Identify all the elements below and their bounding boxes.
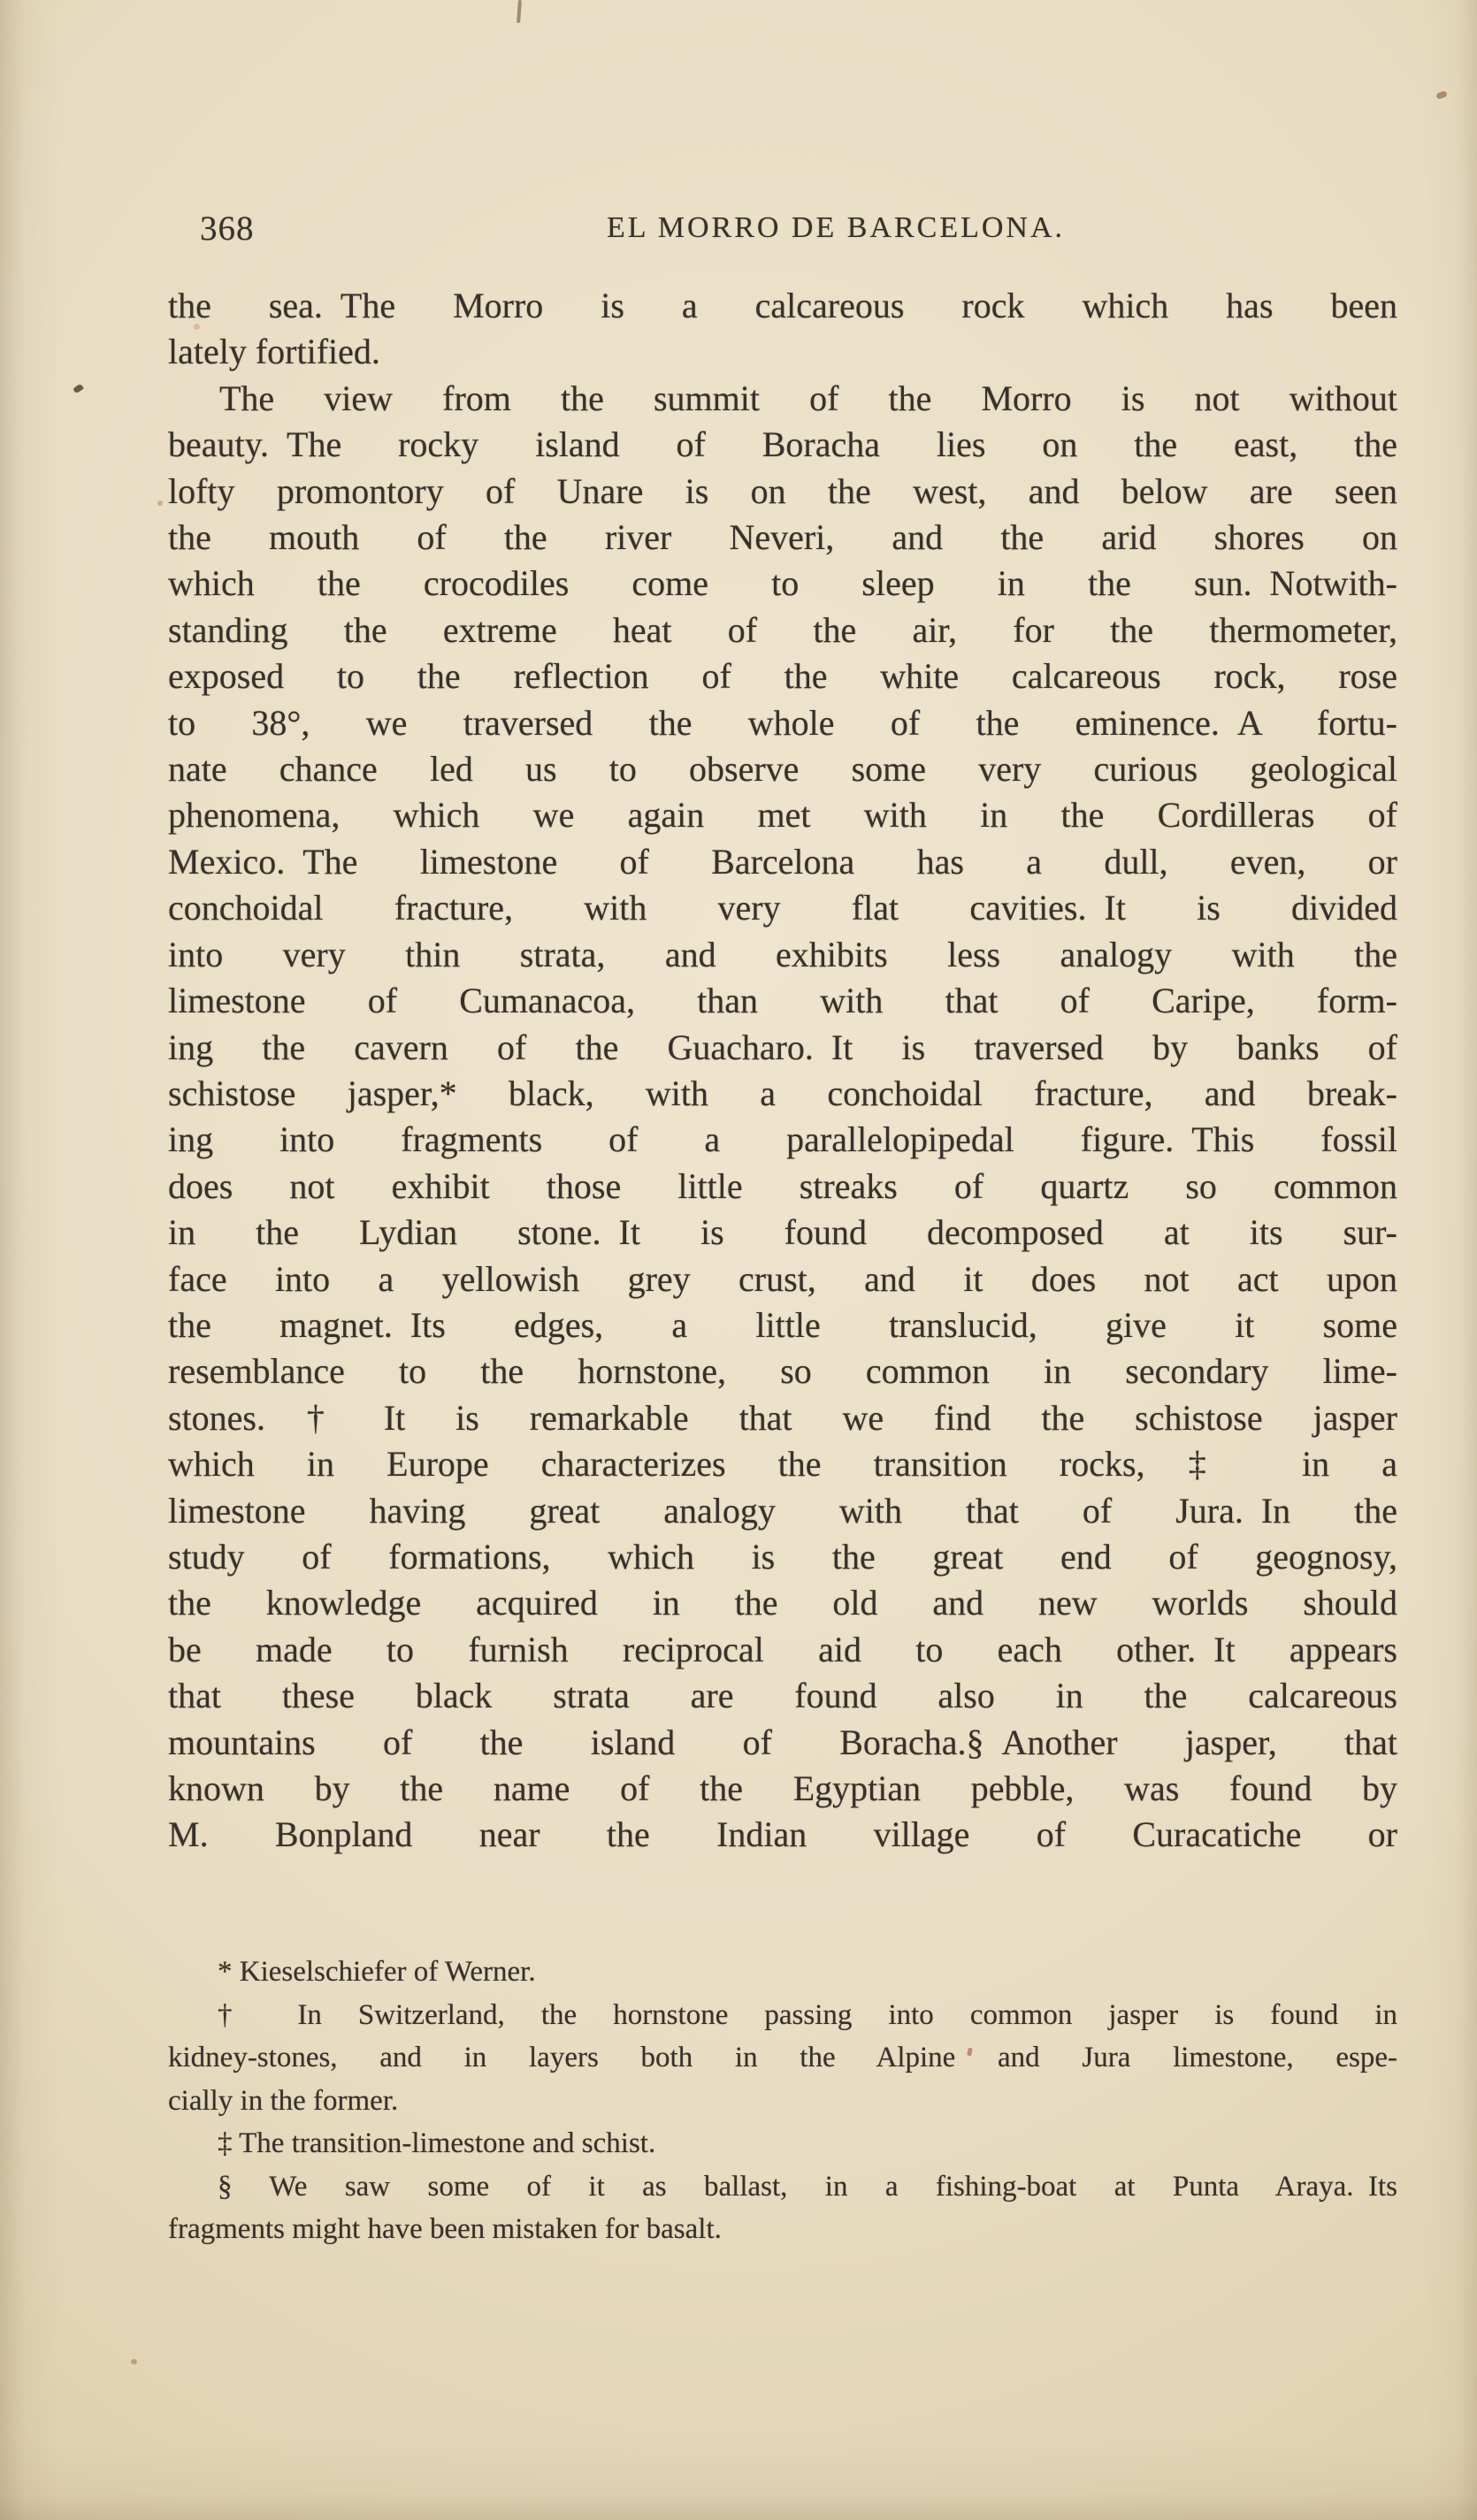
body-line: mountains of the island of Boracha.§ Ano… <box>168 1720 1397 1766</box>
body-line: into very thin strata, and exhibits less… <box>168 932 1397 978</box>
body-text: the sea. The Morro is a calcareous rock … <box>168 283 1397 1859</box>
body-line: the mouth of the river Neveri, and the a… <box>168 515 1397 561</box>
footnotes: * Kieselschiefer of Werner.† In Switzerl… <box>168 1951 1397 2251</box>
body-line: beauty. The rocky island of Boracha lies… <box>168 422 1397 468</box>
footnote-line: § We saw some of it as ballast, in a fis… <box>168 2165 1397 2209</box>
body-line: limestone having great analogy with that… <box>168 1488 1397 1534</box>
book-page: 368 EL MORRO DE BARCELONA. the sea. The … <box>0 0 1477 2520</box>
body-line: that these black strata are found also i… <box>168 1673 1397 1719</box>
body-line: exposed to the reflection of the white c… <box>168 653 1397 699</box>
body-line: known by the name of the Egyptian pebble… <box>168 1766 1397 1812</box>
body-line: study of formations, which is the great … <box>168 1534 1397 1580</box>
paper-speck <box>131 2359 137 2364</box>
body-line: the sea. The Morro is a calcareous rock … <box>168 283 1397 329</box>
footnote-line: fragments might have been mistaken for b… <box>168 2208 1397 2251</box>
body-line: limestone of Cumanacoa, than with that o… <box>168 978 1397 1024</box>
footnote-line: cially in the former. <box>168 2080 1397 2123</box>
body-line: schistose jasper,* black, with a conchoi… <box>168 1071 1397 1117</box>
paper-speck <box>517 0 522 23</box>
body-line: ing the cavern of the Guacharo. It is tr… <box>168 1025 1397 1071</box>
footnote-line: * Kieselschiefer of Werner. <box>168 1951 1397 1994</box>
body-line: which in Europe characterizes the transi… <box>168 1441 1397 1487</box>
body-line: conchoidal fracture, with very flat cavi… <box>168 885 1397 931</box>
body-line: lofty promontory of Unare is on the west… <box>168 469 1397 515</box>
body-line: Mexico. The limestone of Barcelona has a… <box>168 839 1397 885</box>
body-line: in the Lydian stone. It is found decompo… <box>168 1210 1397 1256</box>
body-line: face into a yellowish grey crust, and it… <box>168 1256 1397 1302</box>
body-line: does not exhibit those little streaks of… <box>168 1164 1397 1210</box>
body-line: stones.† It is remarkable that we find t… <box>168 1395 1397 1441</box>
body-line: resemblance to the hornstone, so common … <box>168 1348 1397 1394</box>
paper-speck <box>1435 90 1448 100</box>
body-line: which the crocodiles come to sleep in th… <box>168 561 1397 607</box>
body-line: phenomena, which we again met with in th… <box>168 792 1397 838</box>
body-line: the knowledge acquired in the old and ne… <box>168 1580 1397 1626</box>
body-line: the magnet. Its edges, a little transluc… <box>168 1302 1397 1348</box>
body-line: be made to furnish reciprocal aid to eac… <box>168 1627 1397 1673</box>
footnote-line: ‡ The transition-limestone and schist. <box>168 2122 1397 2165</box>
body-line: ing into fragments of a parallelopipedal… <box>168 1117 1397 1163</box>
footnote-line: † In Switzerland, the hornstone passing … <box>168 1994 1397 2037</box>
footnote-line: kidney-stones, and in layers both in the… <box>168 2036 1397 2080</box>
paper-speck <box>157 500 163 506</box>
running-title: EL MORRO DE BARCELONA. <box>97 211 1477 245</box>
body-line: M. Bonpland near the Indian village of C… <box>168 1812 1397 1858</box>
body-line: to 38°, we traversed the whole of the em… <box>168 700 1397 746</box>
page-header: 368 EL MORRO DE BARCELONA. <box>0 209 1477 249</box>
paper-speck <box>73 383 84 393</box>
body-line: nate chance led us to observe some very … <box>168 746 1397 792</box>
body-line: The view from the summit of the Morro is… <box>168 376 1397 422</box>
body-line: standing the extreme heat of the air, fo… <box>168 607 1397 653</box>
body-line: lately fortified. <box>168 329 1397 375</box>
